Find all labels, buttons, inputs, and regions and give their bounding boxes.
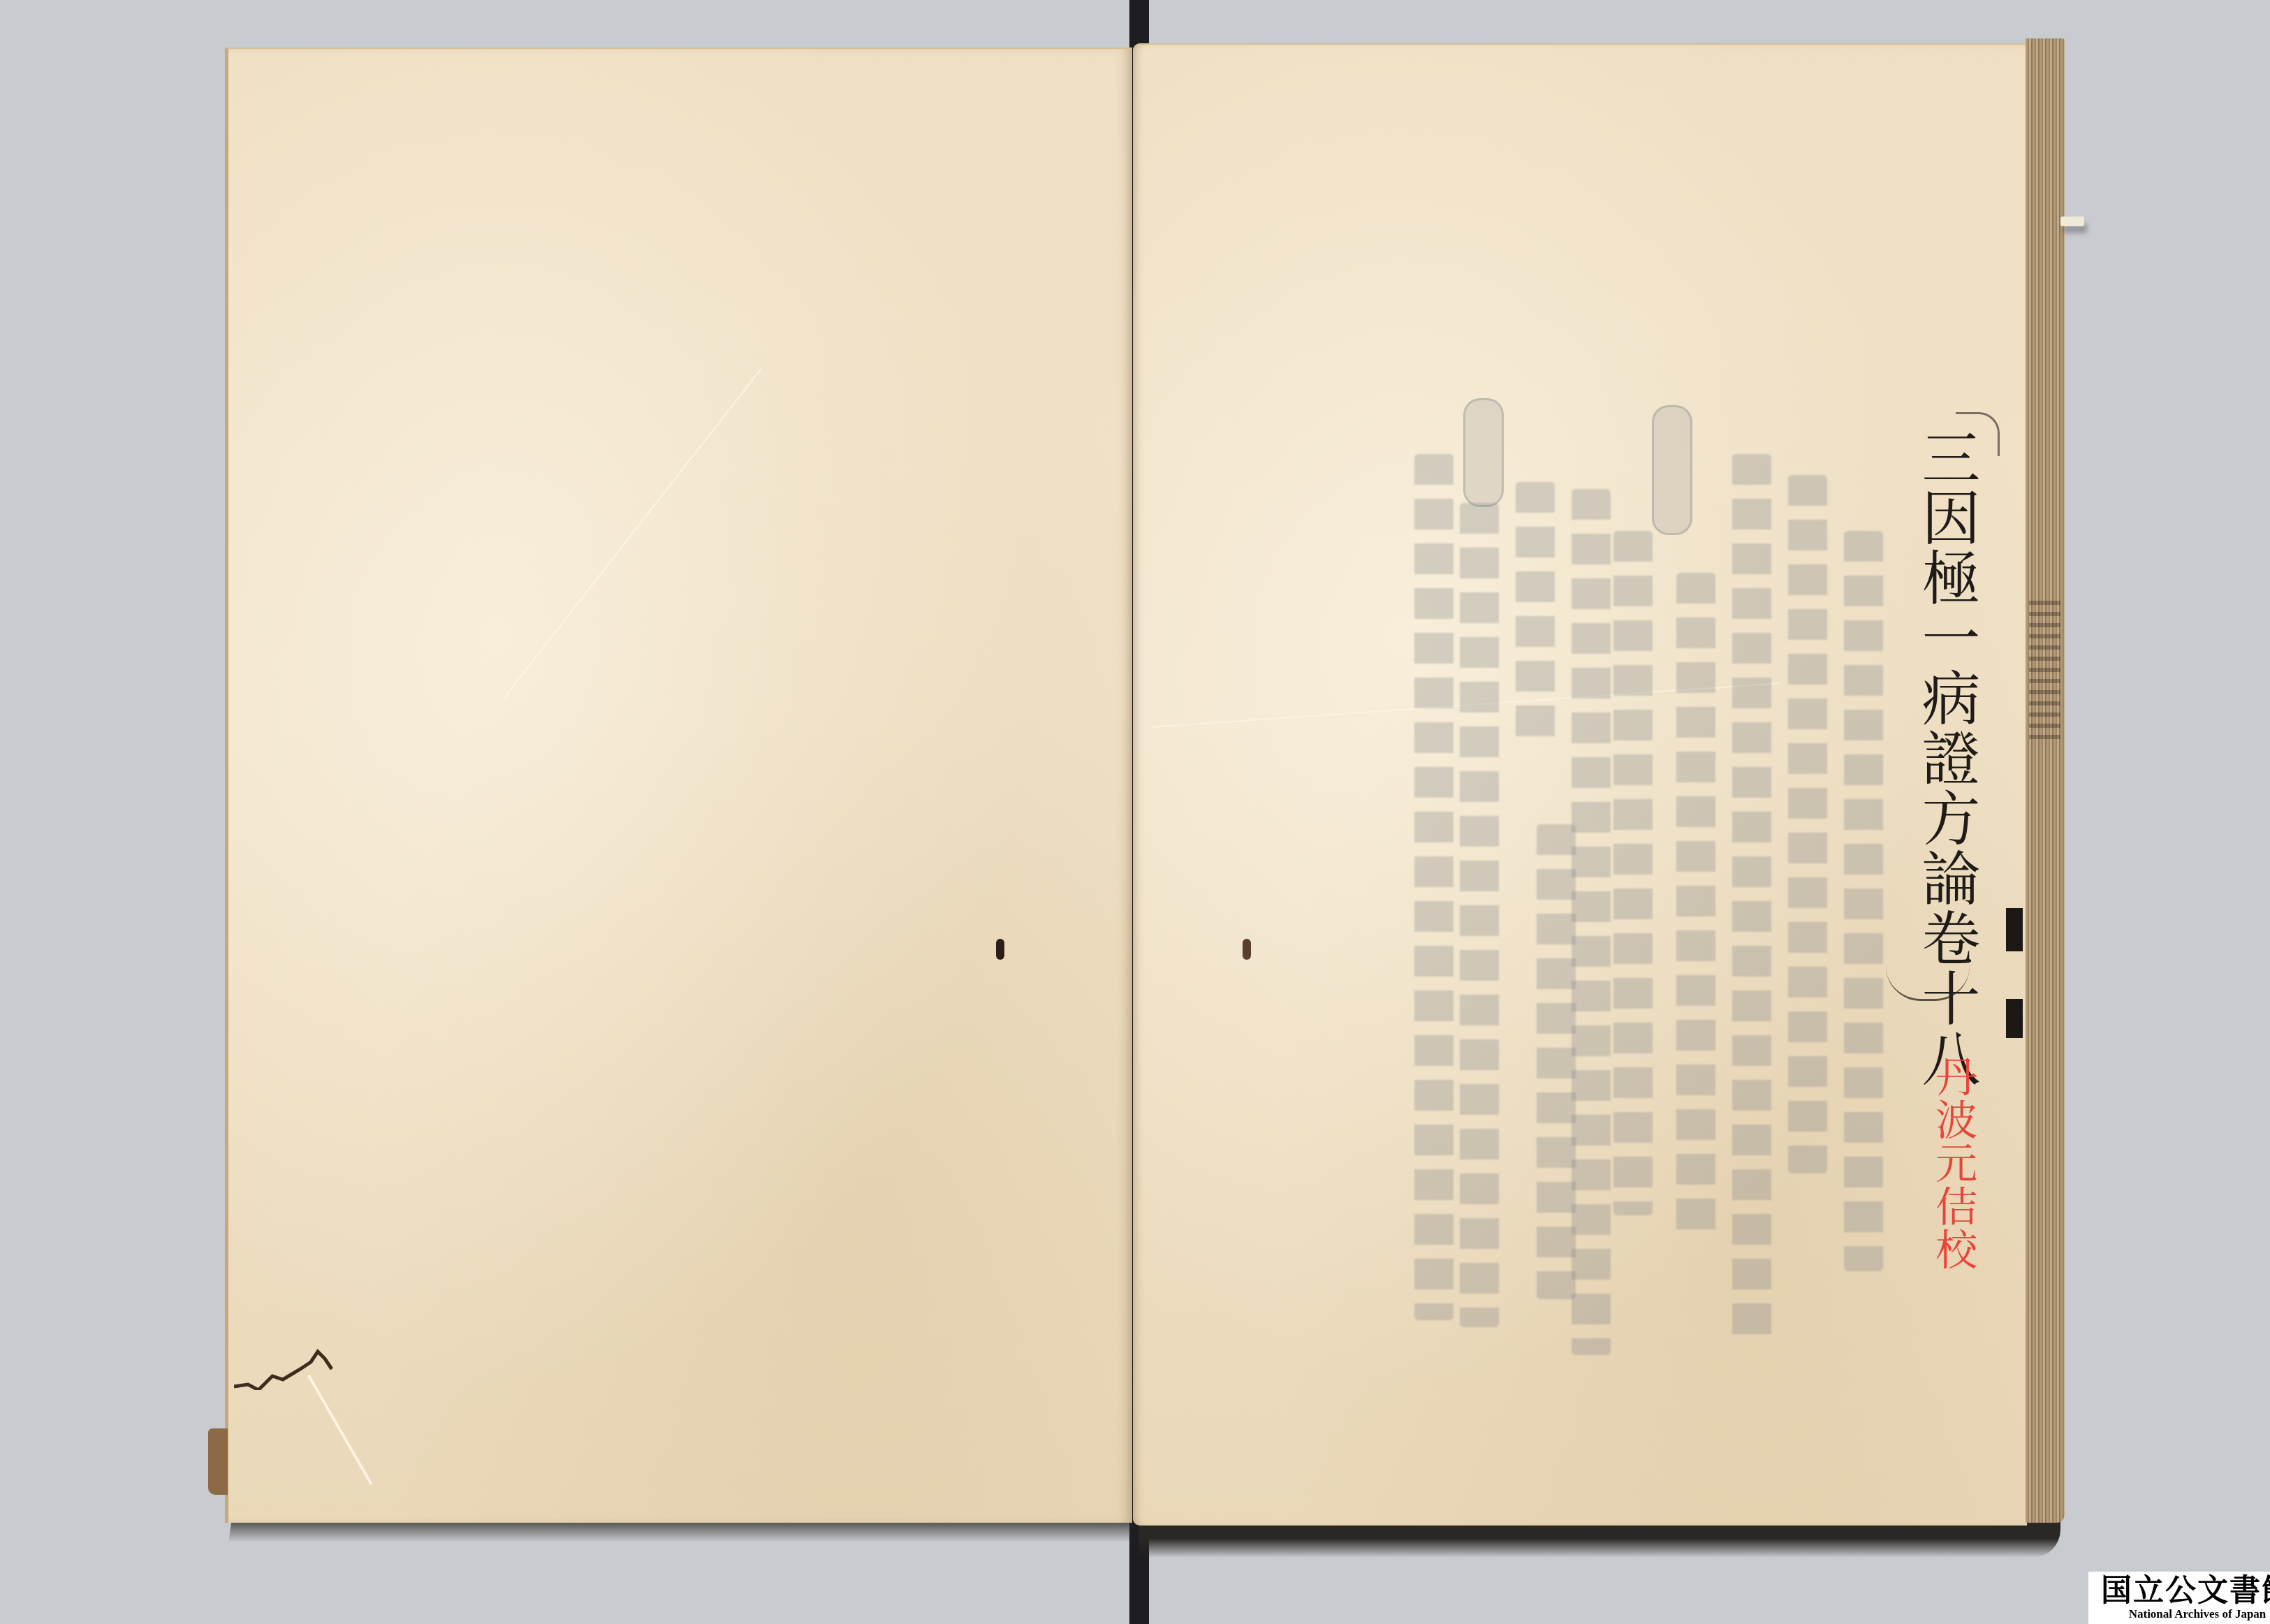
title-frame-tab: [2006, 908, 2023, 951]
archive-logo-english: National Archives of Japan: [2129, 1607, 2267, 1621]
bleed-through-column: [1537, 824, 1576, 1299]
bleed-through-column: [1460, 503, 1499, 1327]
bleed-through-column: [1844, 531, 1883, 1271]
bleed-through-column: [1732, 454, 1771, 1341]
bleed-through-column: [1414, 454, 1453, 1320]
corner-repair-patch: [208, 1428, 228, 1495]
bleed-through-column: [1613, 531, 1653, 1215]
title-frame-tab: [2006, 999, 2023, 1038]
paper-tab: [2060, 217, 2084, 226]
archive-logo: 国立公文書館 National Archives of Japan: [2088, 1572, 2270, 1624]
binding-hole: [996, 939, 1004, 960]
binding-hole: [1243, 939, 1251, 960]
page-fore-edge: [2026, 38, 2065, 1523]
bleed-through-seal: [1652, 405, 1692, 535]
bleed-through-column: [1676, 573, 1715, 1243]
fore-edge-wear: [2029, 601, 2060, 740]
bleed-through-seal: [1463, 398, 1504, 507]
collator-note: 丹波元佶校: [1931, 1055, 1974, 1271]
bleed-through-column: [1788, 475, 1827, 1173]
bleed-through-column: [1572, 489, 1611, 1355]
archive-logo-japanese: 国立公文書館: [2101, 1575, 2270, 1607]
paper-tear: [234, 1348, 339, 1390]
left-page: [225, 47, 1132, 1523]
bleed-through-column: [1516, 482, 1555, 747]
